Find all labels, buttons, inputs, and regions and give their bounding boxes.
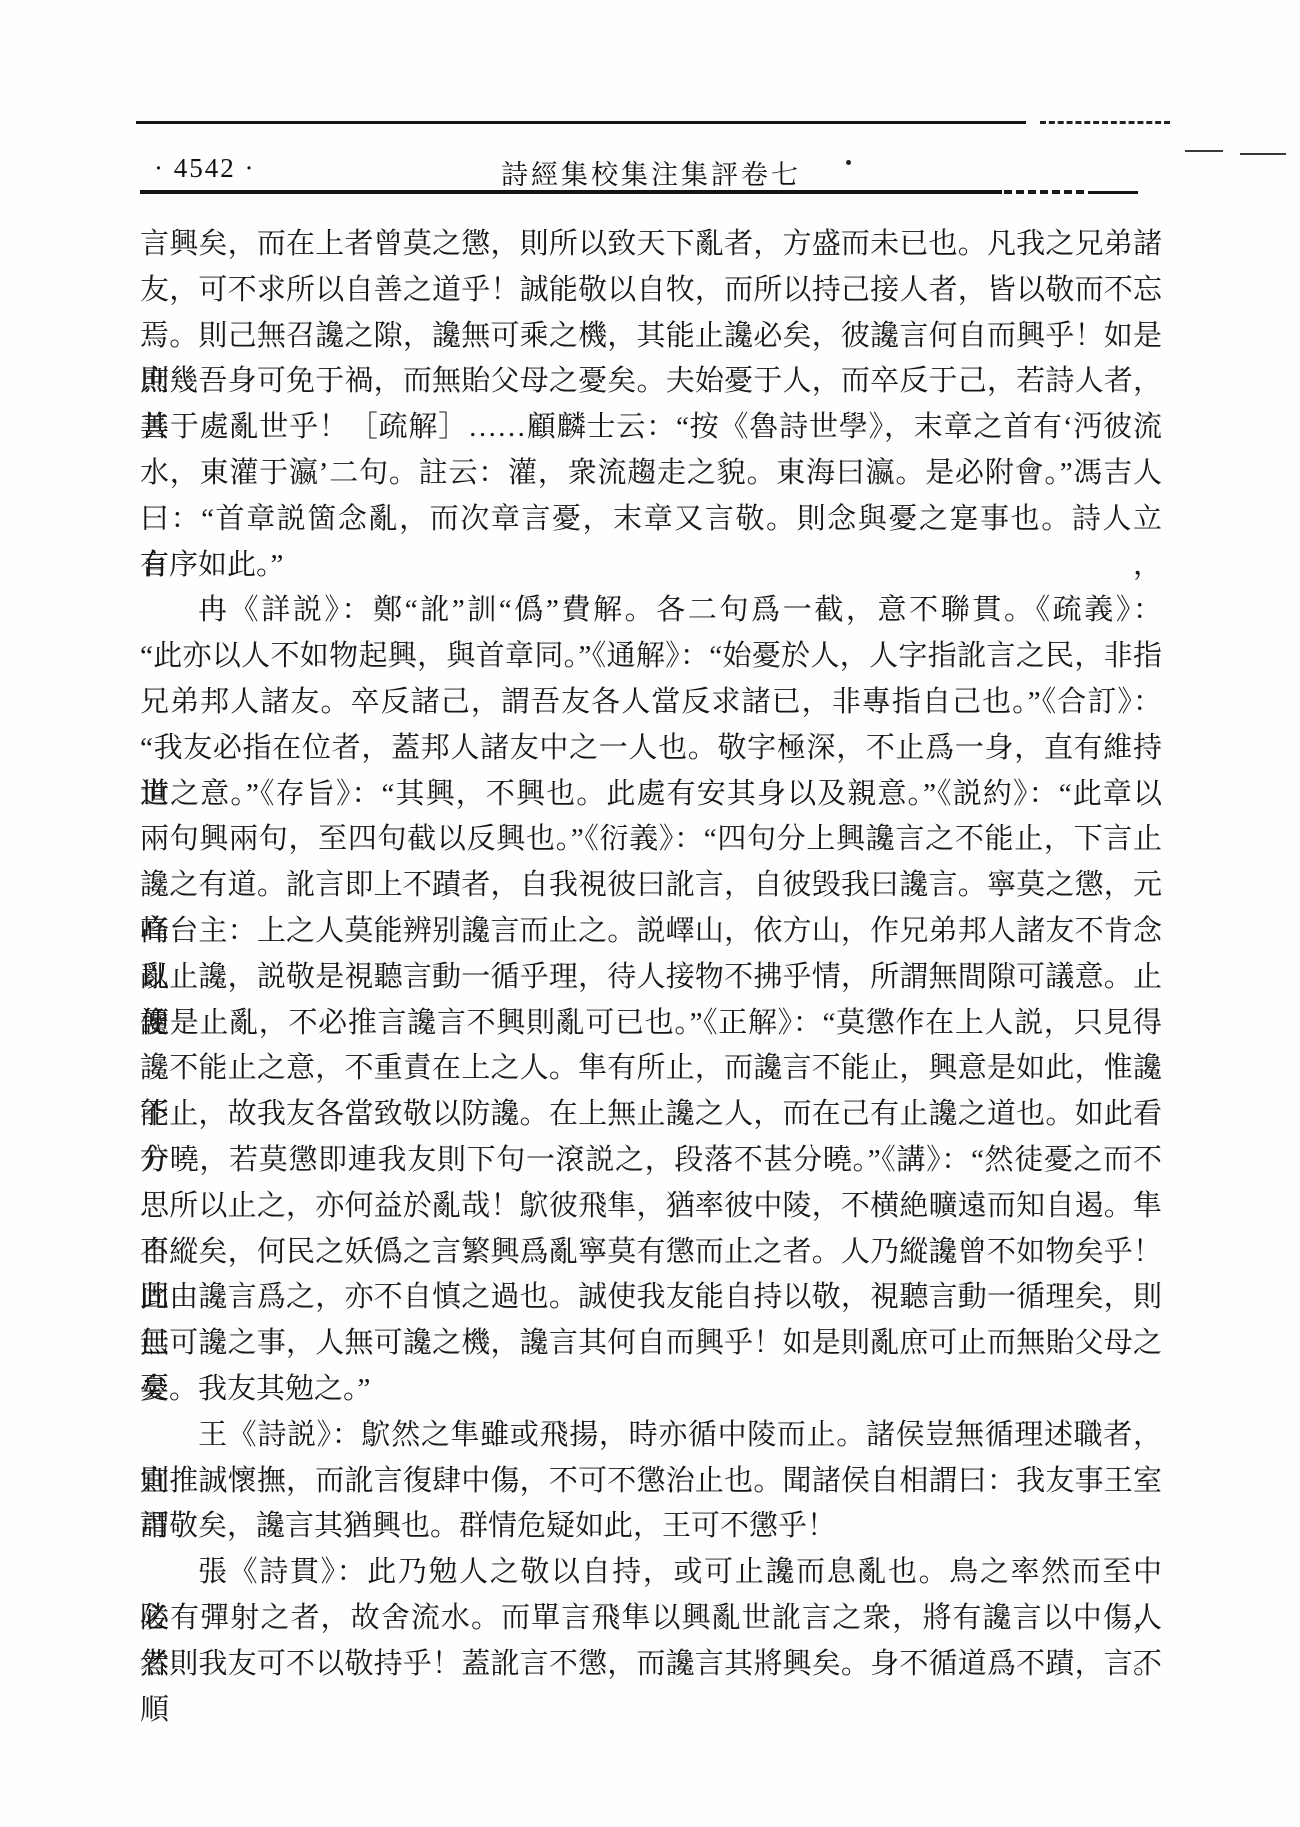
text-line: 庶幾吾身可免于禍，而無貽父母之憂矣。夫始憂于人，而卒反于己，若詩人者，其 xyxy=(140,359,1162,405)
text-line: 兄弟邦人諸友。卒反諸己，謂吾友各人當反求諸已，非專指自己也。”《合訂》： xyxy=(140,680,1162,726)
text-line: “我友必指在位者，蓋邦人諸友中之一人也。敬字極深，不止爲一身，直有維持世 xyxy=(140,726,1162,772)
text-line: 張《詩貫》：此乃勉人之敬以自持，或可止讒而息亂也。鳥之率然而至中陵， xyxy=(140,1550,1162,1596)
text-line: 善于處亂世乎！［疏解］……顧麟士云：“按《魯詩世學》，末章之首有‘沔彼流 xyxy=(140,405,1162,451)
text-line: 無可讒之事，人無可讒之機，讒言其何自而興乎！如是則亂庶可止而無貽父母之憂 xyxy=(140,1321,1162,1367)
text-line: 以止讒，説敬是視聽言動一循乎理，待人接物不拂乎情，所謂無間隙可議意。止讒 xyxy=(140,955,1162,1001)
text-line: 王《詩説》：鴥然之隼雖或飛揚，時亦循中陵而止。諸侯豈無循理述職者，則 xyxy=(140,1413,1162,1459)
text-line: 曰：“首章説箇念亂，而次章言憂，末章又言敬。則念與憂之寔事也。詩人立言， xyxy=(140,497,1162,543)
text-body: 言興矣，而在上者曾莫之懲，則所以致天下亂者，方盛而未已也。凡我之兄弟諸友，可不求… xyxy=(140,222,1162,1688)
text-line: 宜推誠懷撫，而訛言復肆中傷，不可不懲治止也。聞諸侯自相謂曰：我友事王室可 xyxy=(140,1459,1162,1505)
text-line: 讒不能止之意，不重責在上之人。隼有所止，而讒言不能止，興意是如此，惟讒不 xyxy=(140,1046,1162,1092)
text-line: 友，可不求所以自善之道乎！誠能敬以自牧，而所以持己接人者，皆以敬而不忘 xyxy=(140,268,1162,314)
text-line: 焉。則己無召讒之隙，讒無可乘之機，其能止讒必矣，彼讒言何自而興乎！如是則 xyxy=(140,314,1162,360)
running-title: 詩經集校集注集評卷七 xyxy=(140,153,1162,192)
text-line: “此亦以人不如物起興，與首章同。”《通解》：“始憂於人，人字指訛言之民，非指 xyxy=(140,634,1162,680)
text-line: 然則我友可不以敬持乎！蓋訛言不懲，而讒言其將興矣。身不循道爲不蹟，言不順 xyxy=(140,1642,1162,1688)
text-line: 矣。我友其勉之。” xyxy=(140,1367,1162,1413)
text-line: 兩句興兩句，至四句截以反興也。”《衍義》：“四句分上興讒言之不能止，下言止 xyxy=(140,817,1162,863)
text-line: 自縱矣，何民之妖僞之言繁興爲亂寧莫有懲而止之者。人乃縱讒曾不如物矣乎！此 xyxy=(140,1230,1162,1276)
text-line: 冉《詳説》：鄭“訛”訓“僞”費解。各二句爲一截，意不聯貫。《疏義》： xyxy=(140,588,1162,634)
text-line: 謂敬矣，讒言其猶興也。群情危疑如此，王可不懲乎！ xyxy=(140,1504,1162,1550)
scan-artifact-line xyxy=(136,121,1026,124)
header-rule-dashed-tail xyxy=(1004,190,1084,194)
text-line: 道之意。”《存旨》：“其興，不興也。此處有安其身以及親意。”《説約》：“此章以 xyxy=(140,772,1162,818)
scan-artifact-corner-dash xyxy=(1240,153,1286,155)
text-line: 分曉，若莫懲即連我友則下句一滾説之，段落不甚分曉。”《講》：“然徒憂之而不 xyxy=(140,1138,1162,1184)
header-rule xyxy=(140,190,1002,194)
page-header: · 4542 · 詩經集校集注集評卷七 xyxy=(140,150,1162,188)
text-line: 固由讒言爲之，亦不自慎之過也。誠使我友能自持以敬，視聽言動一循理矣，則己 xyxy=(140,1275,1162,1321)
text-line: 思所以止之，亦何益於亂哉！鴥彼飛隼，猶率彼中陵，不横絶曠遠而知自遏。隼不 xyxy=(140,1184,1162,1230)
text-line: 水，東灌于瀛’二句。註云：灌，衆流趨走之貌。東海曰瀛。是必附會。”馮吉人 xyxy=(140,451,1162,497)
scan-artifact-corner-dash xyxy=(1185,150,1223,152)
text-line: 高台主：上之人莫能辨别讒言而止之。説嶧山，依方山，作兄弟邦人諸友不肯念亂 xyxy=(140,909,1162,955)
header-rule-end-segment xyxy=(1088,191,1138,194)
scan-artifact-dot xyxy=(846,160,851,165)
text-line: 必有彈射之者，故舍流水。而單言飛隼以興亂世訛言之衆，將有讒言以中傷人者。 xyxy=(140,1596,1162,1642)
text-line: 便是止亂，不必推言讒言不興則亂可已也。”《正解》：“莫懲作在上人説，只見得 xyxy=(140,1001,1162,1047)
scan-artifact-dashes xyxy=(1040,121,1170,124)
book-page: · 4542 · 詩經集校集注集評卷七 言興矣，而在上者曾莫之懲，則所以致天下亂… xyxy=(0,0,1300,1827)
text-line: 讒之有道。訛言即上不蹟者，自我視彼曰訛言，自彼毁我曰讒言。寧莫之懲，元峰 xyxy=(140,863,1162,909)
text-line: 能止，故我友各當致敬以防讒。在上無止讒之人，而在己有止讒之道也。如此看方 xyxy=(140,1092,1162,1138)
text-line: 言興矣，而在上者曾莫之懲，則所以致天下亂者，方盛而未已也。凡我之兄弟諸 xyxy=(140,222,1162,268)
